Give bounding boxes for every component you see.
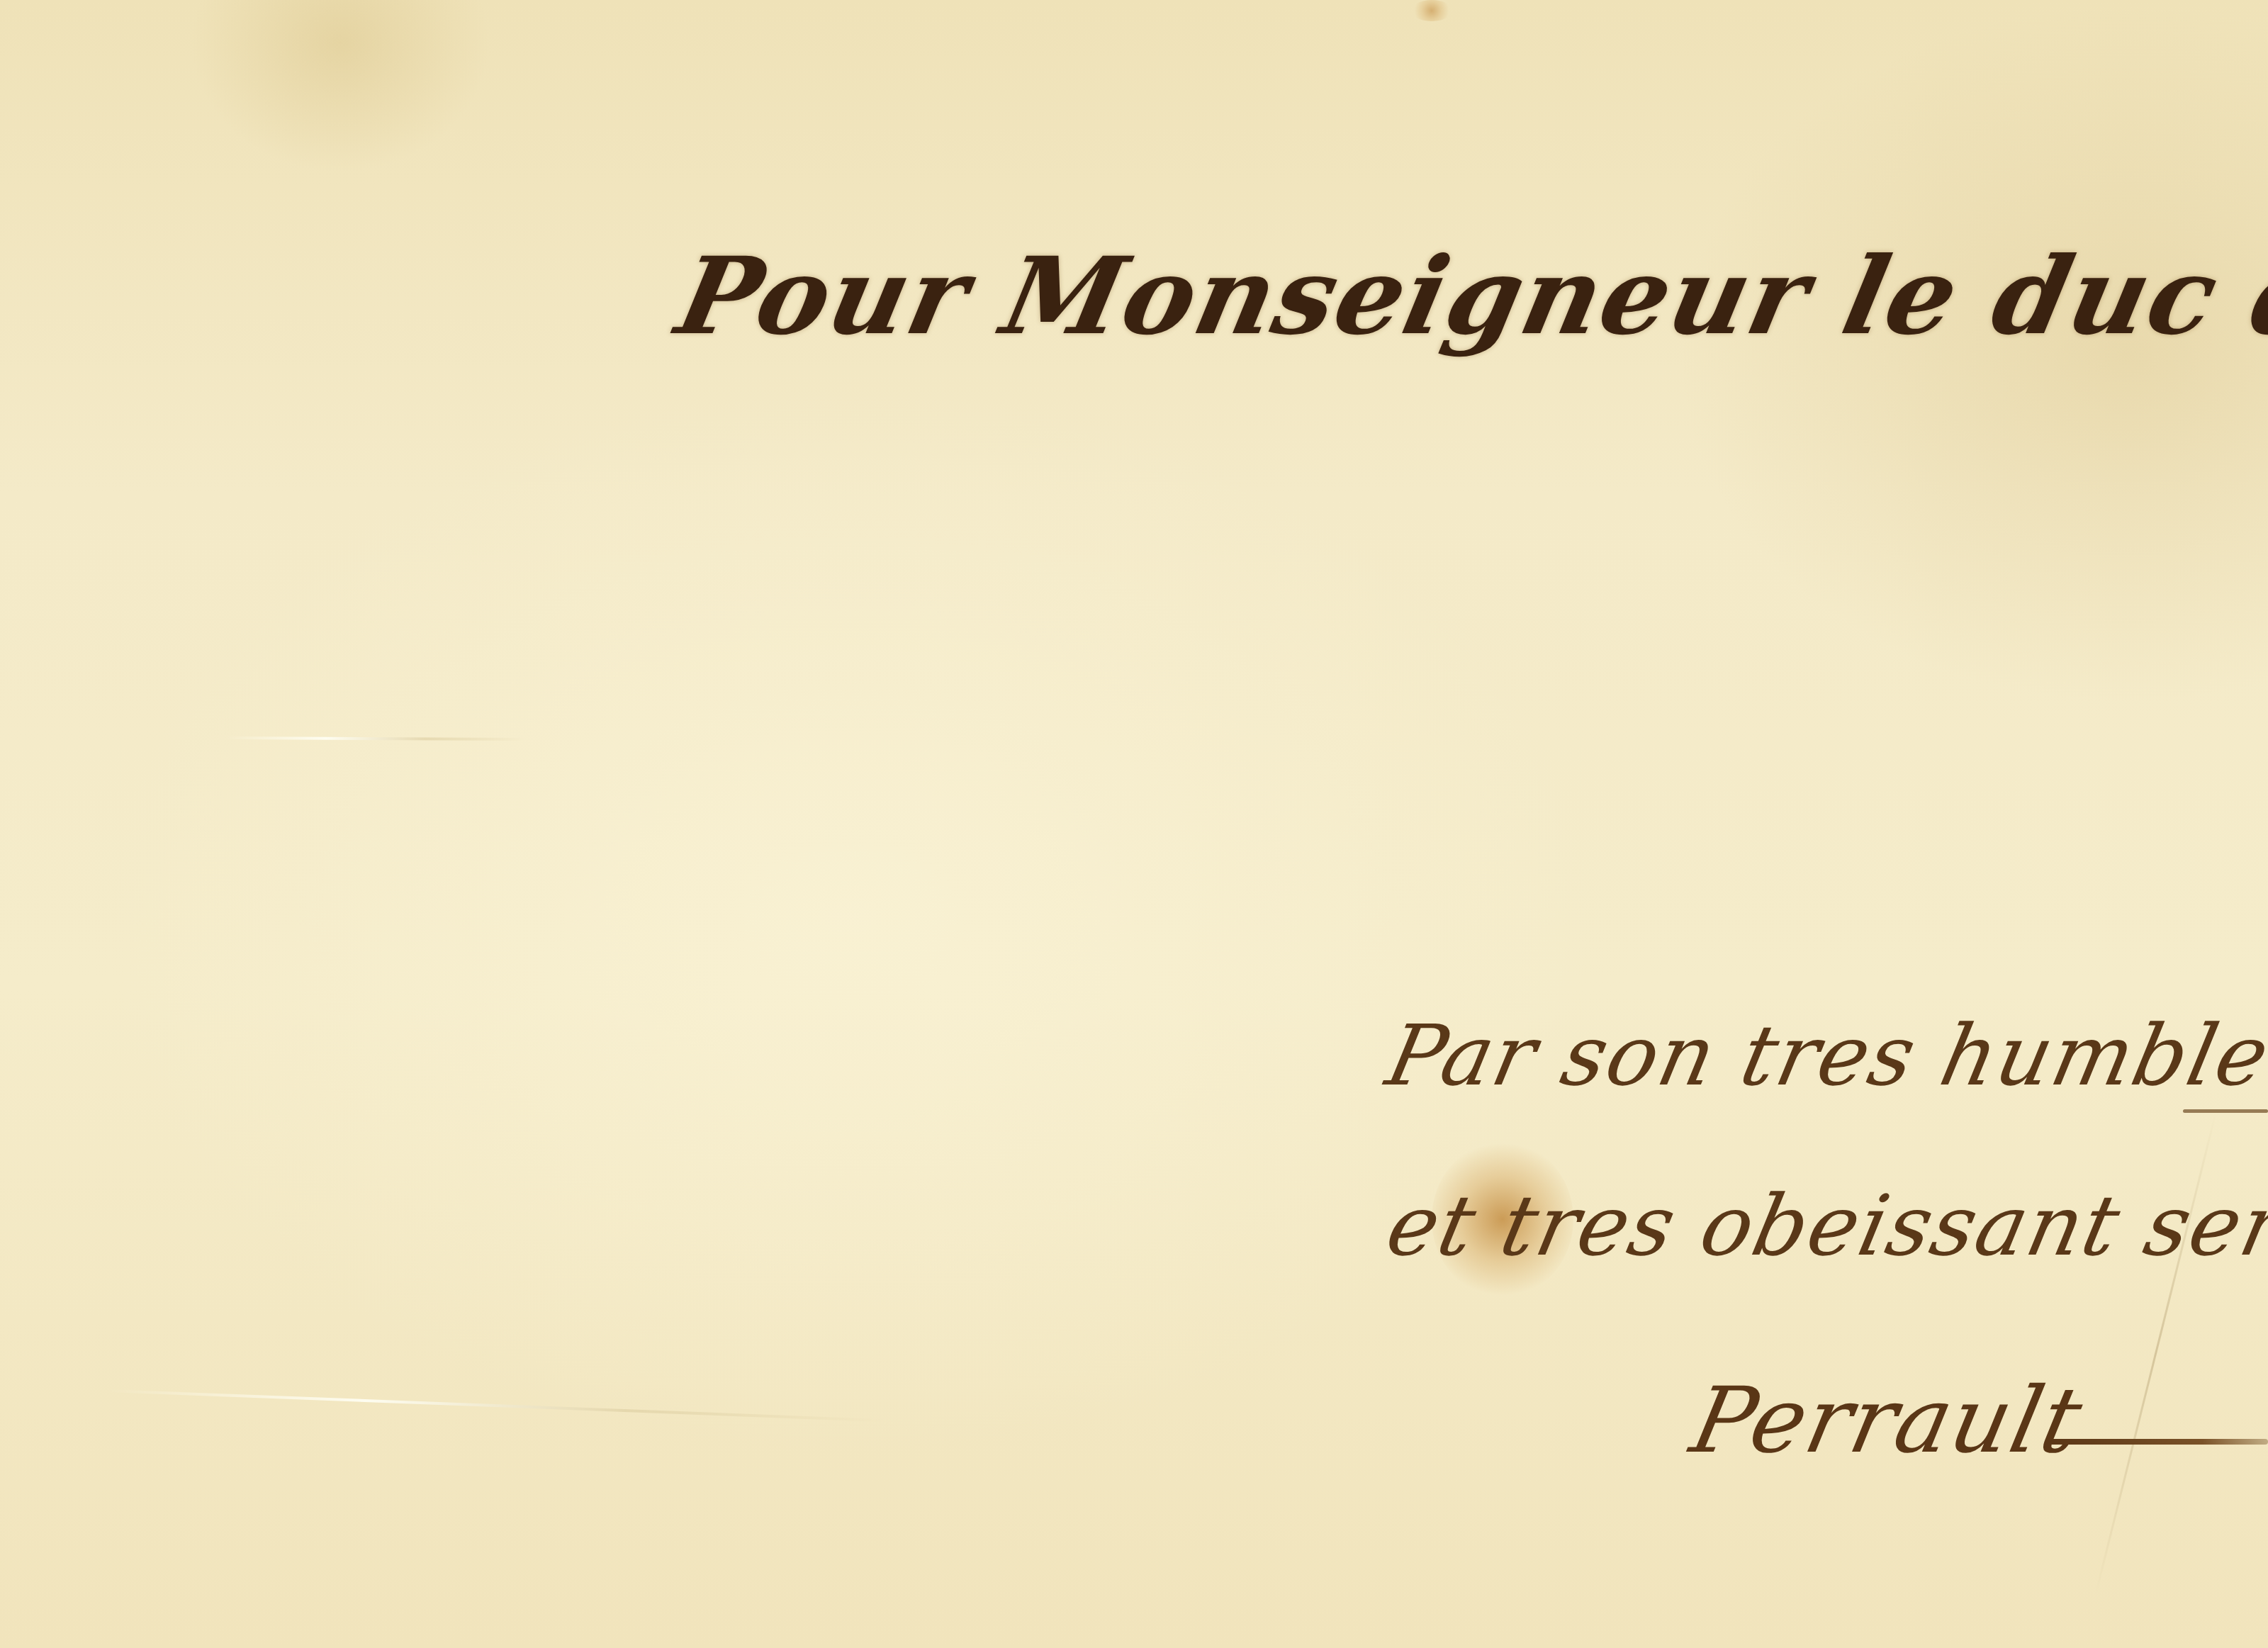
closing-line-1: Par son tres humble xyxy=(1379,1007,2268,1104)
closing-line-2: et tres obeissant serviteur xyxy=(1379,1177,2268,1274)
ink-stain xyxy=(1410,0,1453,21)
address-line: Pour Monseigneur le duc du Maine xyxy=(667,234,2268,359)
closing-flourish xyxy=(2183,1109,2268,1113)
signature: Perrault xyxy=(1683,1368,2092,1474)
signature-flourish xyxy=(2048,1439,2268,1445)
